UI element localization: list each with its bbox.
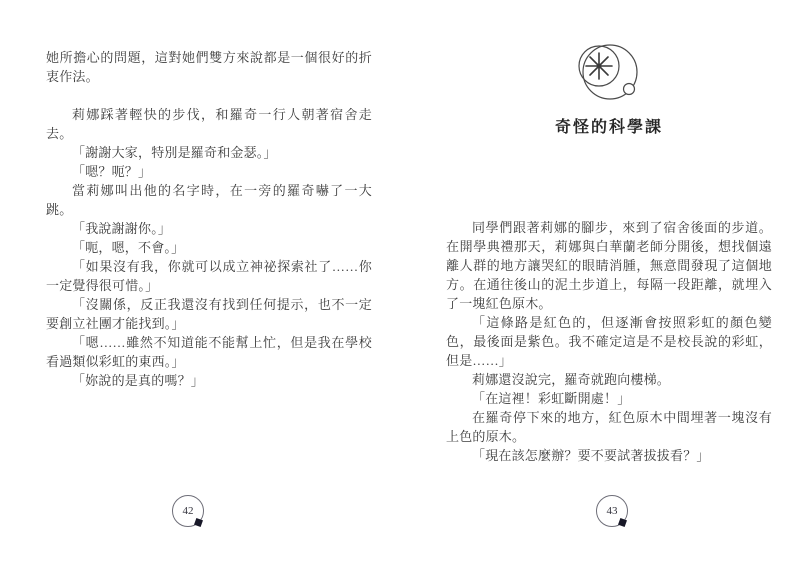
- paragraph: 「妳說的是真的嗎？」: [46, 371, 372, 390]
- paragraph: 「呃，嗯，不會。」: [46, 238, 372, 257]
- paragraph: 她所擔心的問題，這對她們雙方來說都是一個很好的折衷作法。: [46, 48, 372, 86]
- page-number-left: 42: [183, 505, 194, 517]
- paragraph: 「在這裡！彩虹斷開處！」: [446, 389, 772, 408]
- chapter-header: 奇怪的科學課: [446, 38, 772, 137]
- paragraph: 莉娜踩著輕快的步伐，和羅奇一行人朝著宿舍走去。: [46, 105, 372, 143]
- paragraph: 「嗯……雖然不知道能不能幫上忙，但是我在學校看過類似彩虹的東西。」: [46, 333, 372, 371]
- paragraph: 「現在該怎麼辦？要不要試著拔拔看？」: [446, 446, 772, 465]
- page-number-badge-right: 43: [596, 495, 628, 527]
- paragraph: 「這條路是紅色的，但逐漸會按照彩虹的顏色變色，最後面是紫色。我不確定這是不是校長…: [446, 313, 772, 370]
- paragraph: 在羅奇停下來的地方，紅色原木中間埋著一塊沒有上色的原木。: [446, 408, 772, 446]
- chapter-title: 奇怪的科學課: [446, 114, 772, 137]
- right-text-block: 同學們跟著莉娜的腳步，來到了宿舍後面的步道。在開學典禮那天，莉娜與白華蘭老師分開…: [446, 218, 772, 465]
- paragraph: 同學們跟著莉娜的腳步，來到了宿舍後面的步道。在開學典禮那天，莉娜與白華蘭老師分開…: [446, 218, 772, 313]
- atom-doodle-icon: [566, 38, 652, 106]
- left-text-block: 她所擔心的問題，這對她們雙方來說都是一個很好的折衷作法。莉娜踩著輕快的步伐，和羅…: [46, 48, 372, 390]
- page-number-badge-left: 42: [172, 495, 204, 527]
- paragraph: 「嗯？呃？」: [46, 162, 372, 181]
- diamond-ornament-icon: [194, 518, 203, 527]
- book-spread: 她所擔心的問題，這對她們雙方來說都是一個很好的折衷作法。莉娜踩著輕快的步伐，和羅…: [0, 0, 800, 567]
- paragraph: 莉娜還沒說完，羅奇就跑向樓梯。: [446, 370, 772, 389]
- paragraph: 當莉娜叫出他的名字時，在一旁的羅奇嚇了一大跳。: [46, 181, 372, 219]
- paragraph: 「如果沒有我，你就可以成立神祕探索社了……你一定覺得很可惜。」: [46, 257, 372, 295]
- paragraph: 「我說謝謝你。」: [46, 219, 372, 238]
- diamond-ornament-icon: [618, 518, 627, 527]
- paragraph: 「沒關係，反正我還沒有找到任何提示，也不一定要創立社團才能找到。」: [46, 295, 372, 333]
- page-number-right: 43: [607, 505, 618, 517]
- paragraph: 「謝謝大家，特別是羅奇和金瑟。」: [46, 143, 372, 162]
